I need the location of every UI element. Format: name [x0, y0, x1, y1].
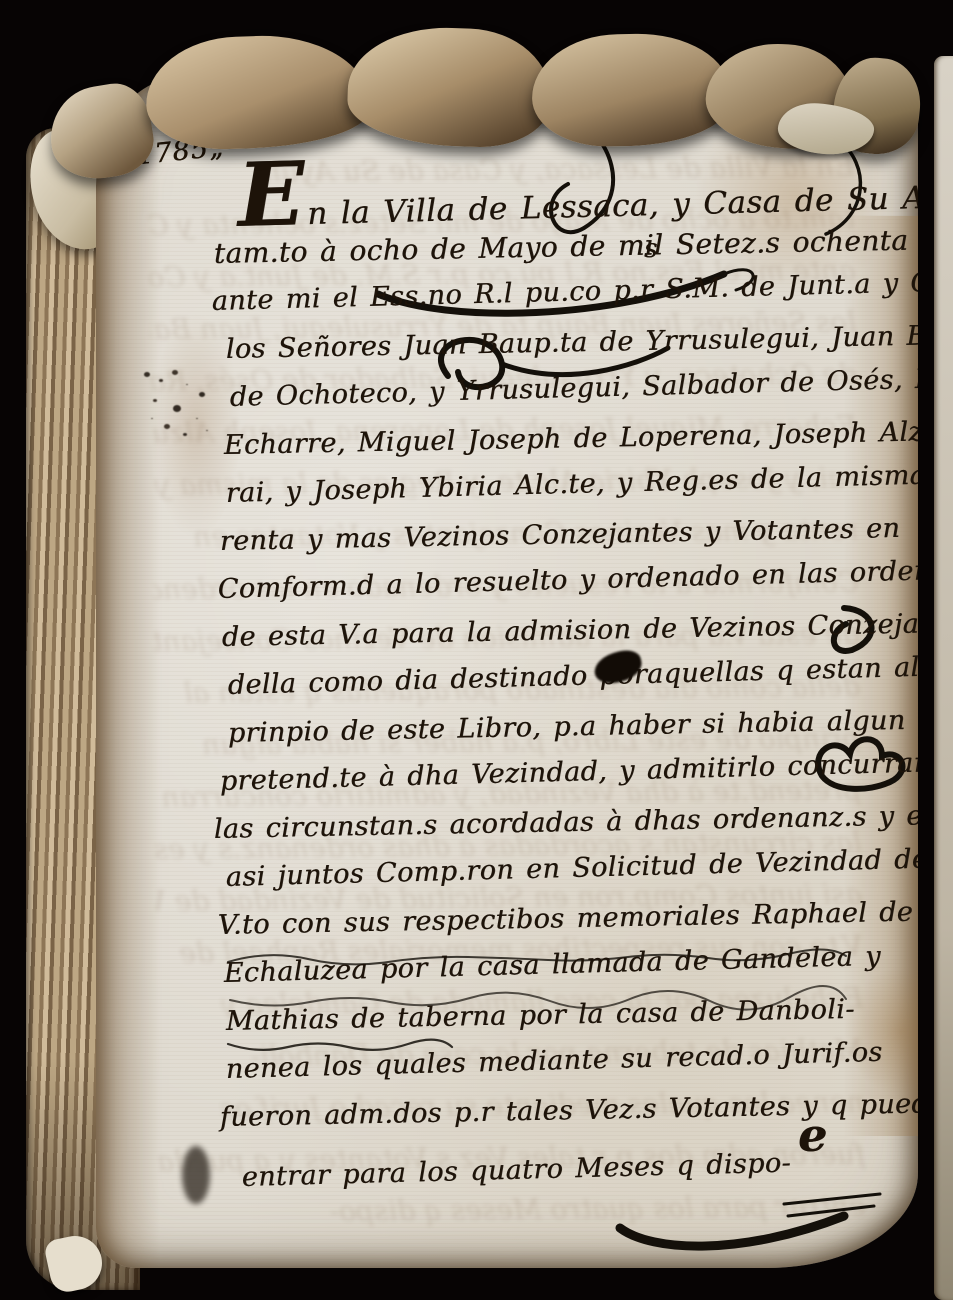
manuscript-page: En la Villa de Lessaca, y Casa de Su Ayu… [96, 76, 918, 1268]
tattered-edge-lump [531, 32, 731, 147]
ink-smudge [182, 1146, 210, 1204]
manuscript-text-line: fueron adm.dos p.r tales Vez.s Votantes … [220, 1091, 903, 1152]
ink-blot-cluster [144, 372, 150, 377]
facing-page-edge [934, 56, 953, 1300]
manuscript-text-block: En la Villa de Lessaca, y Casa de Su Ayu… [212, 182, 902, 1212]
manuscript-text-line: entrar para los quatro Meses q dispo- [241, 1147, 902, 1212]
tattered-edge-lump [144, 32, 372, 152]
book-photo: En la Villa de Lessaca, y Casa de Su Ayu… [0, 0, 953, 1300]
